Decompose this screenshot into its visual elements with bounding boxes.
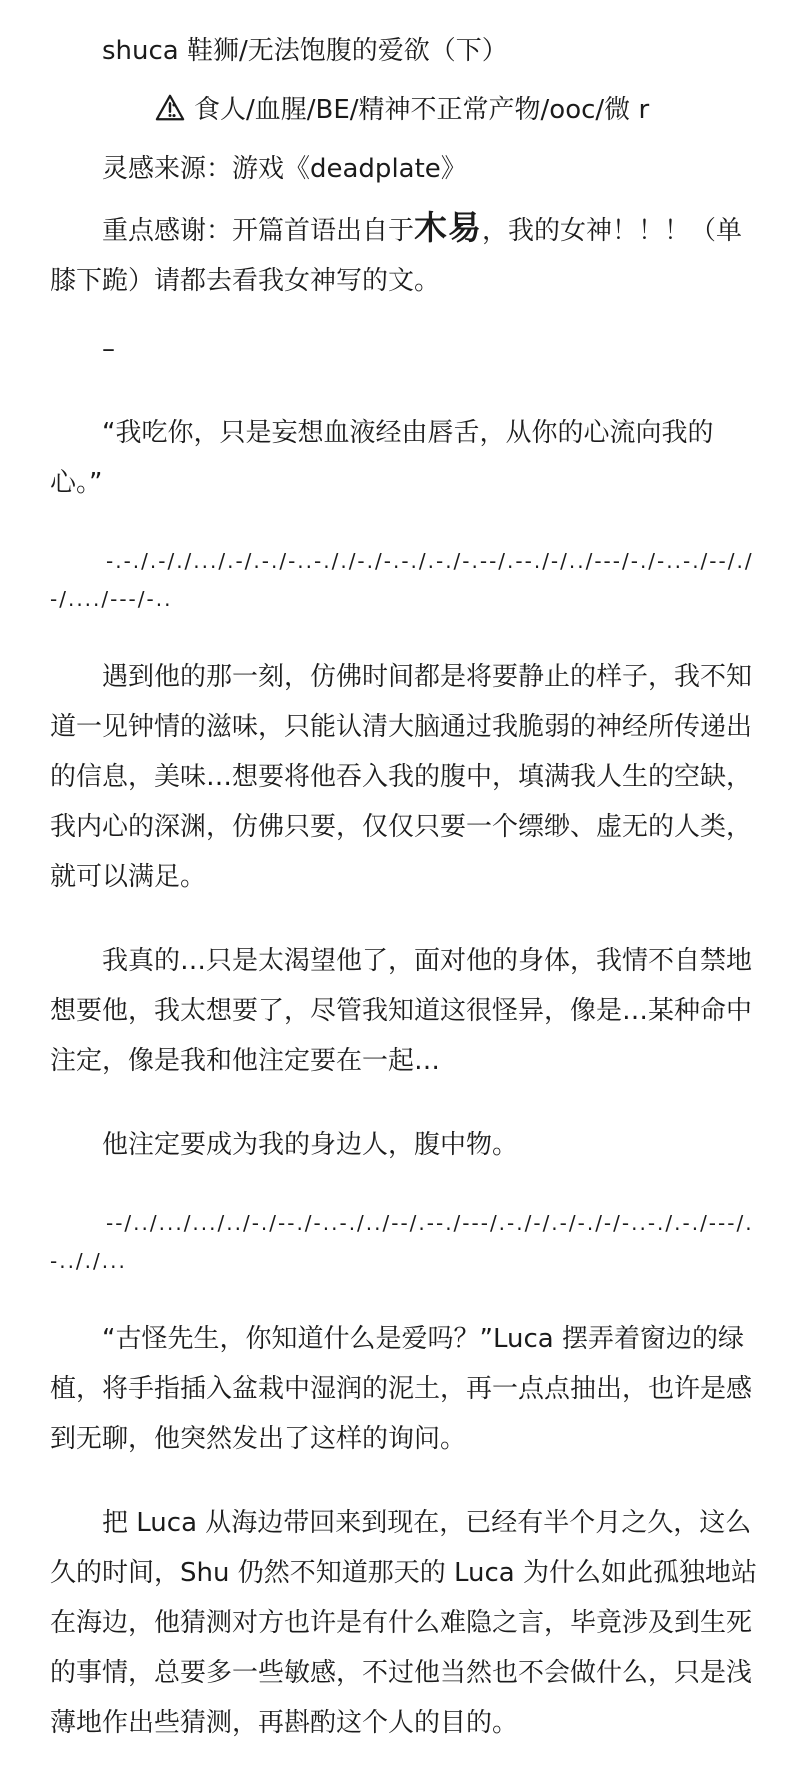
morse-code-divider-1: -.-./.-/./.../.-/.-./-..-././-./-.-./.-.… [50, 542, 760, 618]
story-paragraph-3: 他注定要成为我的身边人，腹中物。 [50, 1120, 760, 1170]
opening-quote: “我吃你，只是妄想血液经由唇舌，从你的心流向我的心。” [50, 408, 760, 508]
content-warning-line: ：食人/血腥/BE/精神不正常产物/ooc/微 r [50, 85, 760, 135]
author-name-highlight: 木易 [414, 208, 482, 247]
inspiration-line: 灵感来源：游戏《deadplate》 [50, 144, 760, 194]
story-title: shuca 鞋狮/无法饱腹的爱欲（下） [50, 26, 760, 76]
content-warning-text: ：食人/血腥/BE/精神不正常产物/ooc/微 r [168, 95, 649, 125]
story-paragraph-2: 我真的…只是太渴望他了，面对他的身体，我情不自禁地想要他，我太想要了，尽管我知道… [50, 936, 760, 1086]
morse-code-divider-2: --/../.../.../../-./--./-..-./../--/.--.… [50, 1204, 760, 1280]
story-paragraph-5: 把 Luca 从海边带回来到现在，已经有半个月之久，这么久的时间，Shu 仍然不… [50, 1498, 760, 1748]
warning-triangle-icon [102, 90, 134, 120]
thanks-prefix: 重点感谢：开篇首语出自于 [102, 216, 414, 246]
story-paragraph-1: 遇到他的那一刻，仿佛时间都是将要静止的样子，我不知道一见钟情的滋味，只能认清大脑… [50, 652, 760, 902]
dash-separator: – [50, 324, 760, 374]
story-page: shuca 鞋狮/无法饱腹的爱欲（下） ：食人/血腥/BE/精神不正常产物/oo… [0, 0, 800, 1777]
story-paragraph-4: “古怪先生，你知道什么是爱吗？”Luca 摆弄着窗边的绿植，将手指插入盆栽中湿润… [50, 1314, 760, 1464]
thanks-paragraph: 重点感谢：开篇首语出自于木易，我的女神！！！（单膝下跪）请都去看我女神写的文。 [50, 203, 760, 306]
